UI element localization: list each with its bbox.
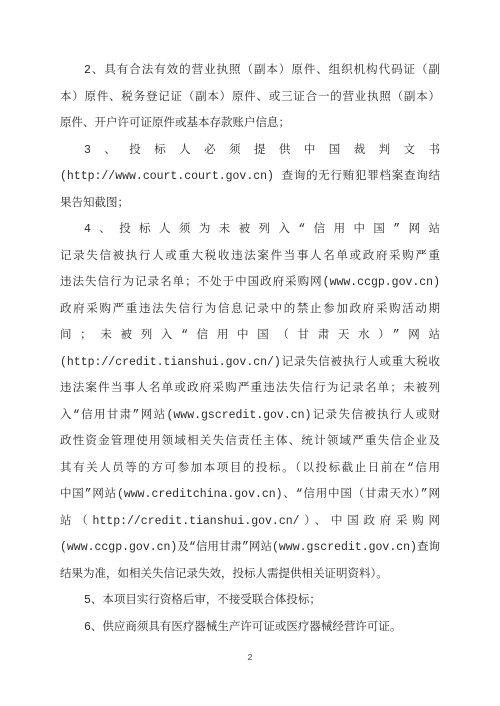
text-line: 果告知截图；	[60, 191, 440, 218]
text-line: (www.ccgp.gov.cn)及“信用甘肃”网站(www.gscredit.…	[60, 535, 440, 562]
text-line: 政府采购严重违法失信行为信息记录中的禁止参加政府采购活动期	[60, 297, 440, 324]
text-line: 记录失信被执行人或重大税收违法案件当事人名单或政府采购严重	[60, 244, 440, 271]
text-line: 原件、开户许可证原件或基本存款账户信息；	[60, 111, 440, 138]
text-line: 间；未被列入“信用中国（甘肃天水）”网站	[60, 323, 440, 350]
text-line: 5、本项目实行资格后审，不接受联合体投标；	[60, 588, 440, 615]
text-line: 6、供应商须具有医疗器械生产许可证或医疗器械经营许可证。	[60, 615, 440, 642]
text-line: 违法失信行为记录名单；不处于中国政府采购网(www.ccgp.gov.cn)	[60, 270, 440, 297]
text-line: 其有关人员等的方可参加本项目的投标。（以投标截止日前在“信用	[60, 456, 440, 483]
page-number: 2	[0, 651, 500, 665]
text-line: 违法案件当事人名单或政府采购严重违法失信行为记录名单；未被列	[60, 376, 440, 403]
document-page: 2、具有合法有效的营业执照（副本）原件、组织机构代码证（副 本）原件、税务登记证…	[0, 0, 500, 706]
text-line: 4、投标人须为未被列入“信用中国”网站(www.creditchina.gov.…	[60, 217, 440, 244]
document-body-text: 2、具有合法有效的营业执照（副本）原件、组织机构代码证（副 本）原件、税务登记证…	[60, 58, 440, 641]
text-line: 2、具有合法有效的营业执照（副本）原件、组织机构代码证（副	[60, 58, 440, 85]
text-line: 入“信用甘肃”网站(www.gscredit.gov.cn)记录失信被执行人或财	[60, 403, 440, 430]
text-line: 中国”网站(www.creditchina.gov.cn)、“信用中国（甘肃天水…	[60, 482, 440, 509]
text-line: 站（http://credit.tianshui.gov.cn/）、中国政府采购…	[60, 509, 440, 536]
text-line: 政性资金管理使用领域相关失信责任主体、统计领域严重失信企业及	[60, 429, 440, 456]
text-line: 本）原件、税务登记证（副本）原件、或三证合一的营业执照（副本）	[60, 85, 440, 112]
text-line: (http://credit.tianshui.gov.cn/)记录失信被执行人…	[60, 350, 440, 377]
text-line: (http://www.court.court.gov.cn) 查询的无行贿犯罪…	[60, 164, 440, 191]
text-line: 3、投标人必须提供中国裁判文书	[60, 138, 440, 165]
text-line: 结果为准，如相关失信记录失效，投标人需提供相关证明资料）。	[60, 562, 440, 589]
